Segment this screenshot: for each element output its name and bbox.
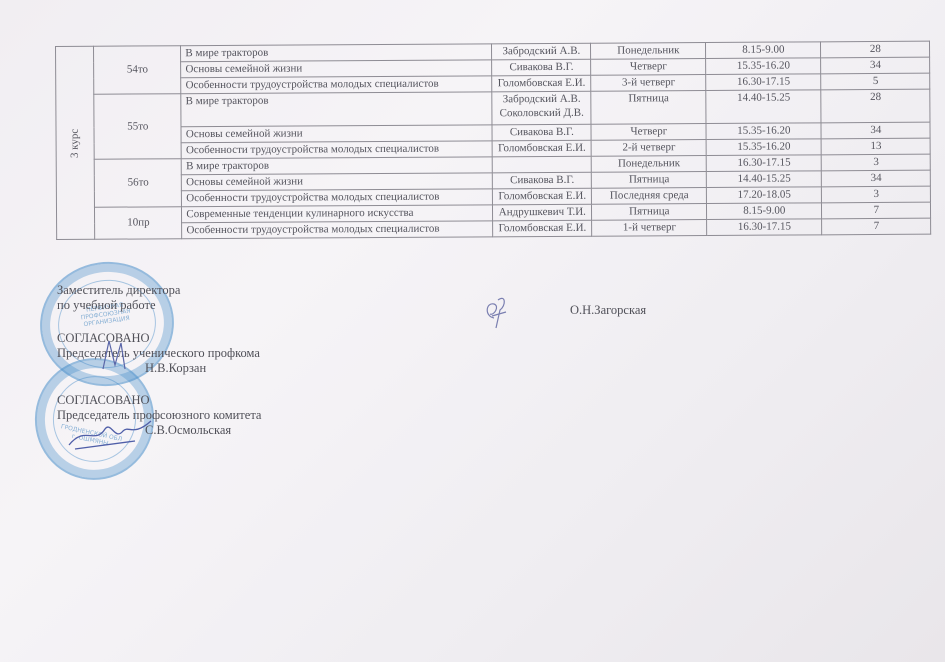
deputy-title-line1: Заместитель директора	[57, 283, 180, 298]
subject-cell: В мире тракторов	[182, 157, 493, 175]
day-cell: Пятница	[592, 172, 707, 189]
day-cell: Четверг	[591, 59, 706, 76]
teacher-name: Соколовский Д.В.	[497, 106, 587, 121]
day-cell: 3-й четверг	[591, 75, 706, 92]
count-cell: 7	[822, 218, 931, 235]
subject-cell: В мире тракторов	[181, 92, 492, 127]
schedule-table: 3 курс54тоВ мире тракторовЗабродский А.В…	[55, 41, 931, 240]
count-cell: 5	[821, 73, 930, 90]
time-cell: 14.40-15.25	[707, 171, 822, 188]
day-cell: 1-й четверг	[592, 220, 707, 237]
approved-label-1: СОГЛАСОВАНО	[57, 331, 260, 346]
teacher-cell: Андрушкевич Т.И.	[493, 204, 592, 221]
teacher-name: Андрушкевич Т.И.	[497, 205, 587, 220]
group-cell: 54то	[94, 46, 181, 95]
approved-name-1: Н.В.Корзан	[57, 361, 260, 376]
day-cell: Последняя среда	[592, 188, 707, 205]
deputy-title-line2: по учебной работе	[57, 298, 180, 313]
subject-cell: В мире тракторов	[181, 44, 492, 62]
teacher-name: Забродский А.В.	[496, 44, 586, 59]
teacher-name	[497, 157, 587, 158]
teacher-cell: Забродский А.В.Соколовский Д.В.	[492, 91, 591, 125]
day-cell: Понедельник	[591, 43, 706, 60]
time-cell: 16.30-17.15	[706, 74, 821, 91]
count-cell: 3	[822, 186, 931, 203]
teacher-cell: Сивакова В.Г.	[492, 124, 591, 141]
count-cell: 34	[821, 57, 930, 74]
teacher-cell: Голомбовская Е.И.	[493, 188, 592, 205]
time-cell: 15.35-16.20	[706, 139, 821, 156]
deputy-block: Заместитель директора по учебной работе	[57, 283, 180, 313]
teacher-name: Забродский А.В.	[497, 92, 587, 107]
teacher-name: Голомбовская Е.И.	[497, 76, 587, 91]
count-cell: 7	[822, 202, 931, 219]
day-cell: 2-й четверг	[591, 140, 706, 157]
teacher-name: Голомбовская Е.И.	[497, 189, 587, 204]
subject-cell: Основы семейной жизни	[182, 173, 493, 191]
group-cell: 55то	[94, 94, 181, 160]
count-cell: 13	[821, 138, 930, 155]
signature-mark-deputy	[480, 292, 520, 334]
count-cell: 34	[822, 170, 931, 187]
count-cell: 3	[822, 154, 931, 171]
teacher-cell: Забродский А.В.	[492, 43, 591, 60]
day-cell: Пятница	[591, 91, 706, 125]
teacher-name: Сивакова В.Г.	[497, 125, 587, 140]
teacher-cell: Сивакова В.Г.	[493, 172, 592, 189]
day-cell: Понедельник	[592, 156, 707, 173]
time-cell: 14.40-15.25	[706, 90, 821, 124]
day-cell: Пятница	[592, 204, 707, 221]
teacher-cell	[493, 156, 592, 173]
subject-cell: Основы семейной жизни	[181, 60, 492, 78]
teacher-name: Сивакова В.Г.	[496, 60, 586, 75]
approval-block-student-union: СОГЛАСОВАНО Председатель ученического пр…	[57, 331, 260, 376]
time-cell: 8.15-9.00	[706, 42, 821, 59]
subject-cell: Особенности трудоустройства молодых спец…	[182, 221, 493, 239]
time-cell: 15.35-16.20	[706, 123, 821, 140]
count-cell: 34	[821, 122, 930, 139]
deputy-name: О.Н.Загорская	[570, 303, 646, 318]
group-cell: 10пр	[95, 207, 182, 240]
course-label: 3 курс	[68, 128, 83, 157]
approved-label-2: СОГЛАСОВАНО	[57, 393, 261, 408]
day-cell: Четверг	[591, 124, 706, 141]
signature-mark-korzan	[95, 335, 135, 375]
teacher-cell: Голомбовская Е.И.	[492, 75, 591, 92]
count-cell: 28	[821, 41, 930, 58]
teacher-cell: Голомбовская Е.И.	[493, 220, 592, 237]
course-cell: 3 курс	[56, 46, 96, 239]
time-cell: 15.35-16.20	[706, 58, 821, 75]
subject-cell: Основы семейной жизни	[181, 125, 492, 143]
table-row: 55тоВ мире тракторовЗабродский А.В.Сокол…	[56, 89, 931, 127]
time-cell: 17.20-18.05	[707, 187, 822, 204]
subject-cell: Особенности трудоустройства молодых спец…	[182, 189, 493, 207]
time-cell: 16.30-17.15	[707, 155, 822, 172]
time-cell: 8.15-9.00	[707, 203, 822, 220]
signature-mark-osmolskaya	[65, 415, 155, 455]
teacher-name: Голомбовская Е.И.	[497, 141, 587, 156]
approved-role-1: Председатель ученического профкома	[57, 346, 260, 361]
teacher-name: Сивакова В.Г.	[497, 173, 587, 188]
subject-cell: Особенности трудоустройства молодых спец…	[181, 76, 492, 94]
subject-cell: Современные тенденции кулинарного искусс…	[182, 205, 493, 223]
teacher-cell: Голомбовская Е.И.	[492, 140, 591, 157]
teacher-cell: Сивакова В.Г.	[492, 59, 591, 76]
time-cell: 16.30-17.15	[707, 219, 822, 236]
group-cell: 56то	[95, 159, 182, 208]
document-page: 3 курс54тоВ мире тракторовЗабродский А.В…	[0, 0, 945, 662]
teacher-name: Голомбовская Е.И.	[497, 221, 587, 236]
count-cell: 28	[821, 89, 930, 123]
subject-cell: Особенности трудоустройства молодых спец…	[181, 141, 492, 159]
